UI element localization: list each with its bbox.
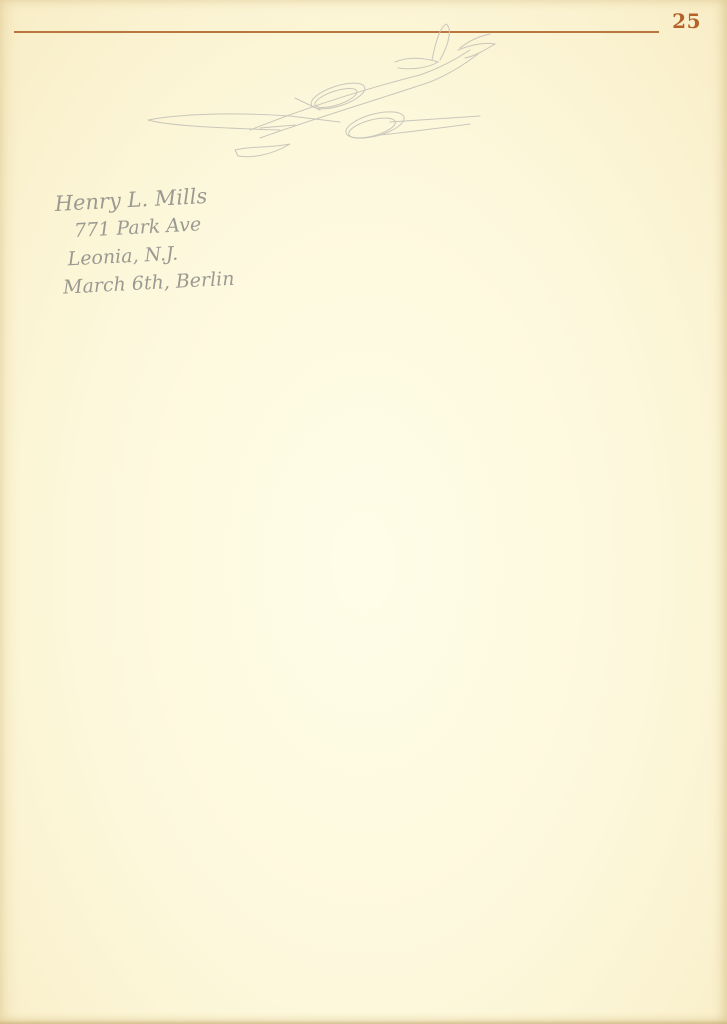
airplane-sketch-icon <box>140 20 510 170</box>
handwritten-address: Henry L. Mills 771 Park Ave Leonia, N.J.… <box>54 178 280 301</box>
scrapbook-page: 25 Henry L. Mills 771 Park Ave Leonia, N… <box>0 0 727 1024</box>
page-number: 25 <box>672 9 701 33</box>
page-bottom-edge <box>0 1020 727 1024</box>
